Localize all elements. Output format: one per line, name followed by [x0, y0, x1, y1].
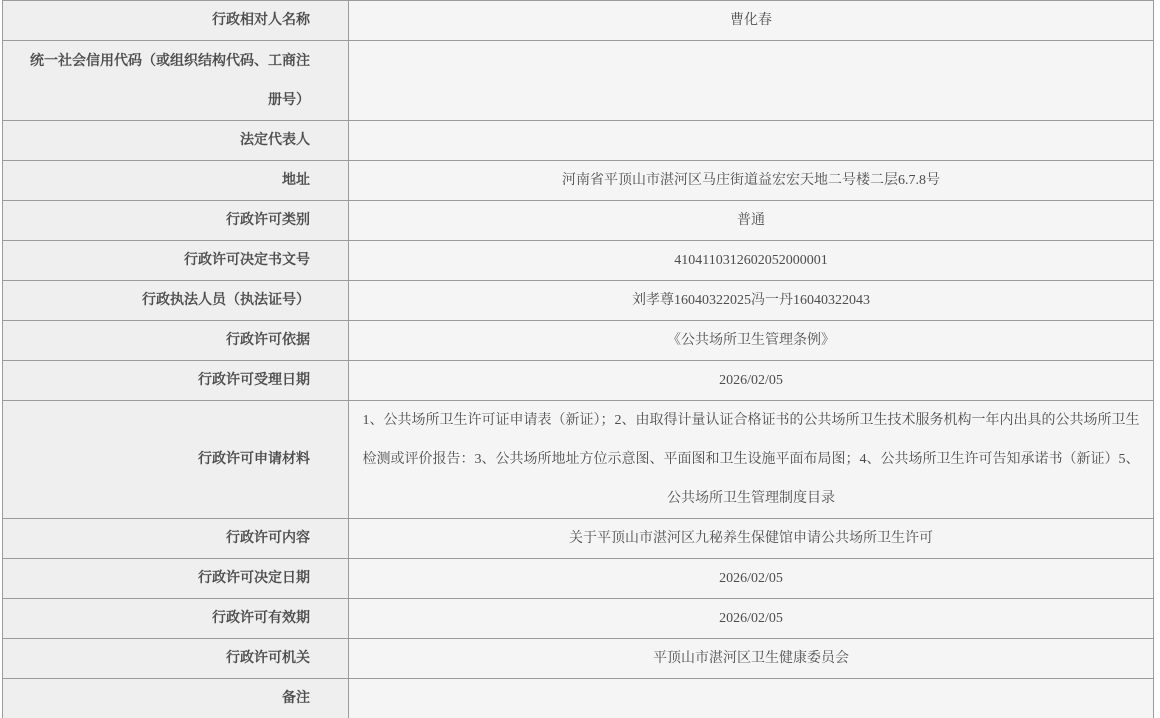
field-value: 普通 [349, 201, 1154, 241]
field-value [349, 679, 1154, 718]
field-value: 关于平顶山市湛河区九秘养生保健馆申请公共场所卫生许可 [349, 519, 1154, 559]
table-row: 行政许可有效期 2026/02/05 [3, 599, 1154, 639]
field-value: 2026/02/05 [349, 361, 1154, 401]
table-row: 统一社会信用代码（或组织结构代码、工商注册号） [3, 41, 1154, 121]
license-detail-page: 行政相对人名称 曹化春 统一社会信用代码（或组织结构代码、工商注册号） 法定代表… [0, 0, 1160, 718]
field-value: 刘孝尊16040322025冯一丹16040322043 [349, 281, 1154, 321]
table-row: 行政许可决定书文号 4104110312602052000001 [3, 241, 1154, 281]
field-label: 法定代表人 [3, 121, 349, 161]
field-label: 行政执法人员（执法证号） [3, 281, 349, 321]
field-value [349, 41, 1154, 121]
table-row: 行政执法人员（执法证号） 刘孝尊16040322025冯一丹1604032204… [3, 281, 1154, 321]
field-label: 地址 [3, 161, 349, 201]
table-row: 行政相对人名称 曹化春 [3, 1, 1154, 41]
table-row: 行政许可申请材料 1、公共场所卫生许可证申请表（新证）；2、由取得计量认证合格证… [3, 401, 1154, 519]
table-row: 行政许可决定日期 2026/02/05 [3, 559, 1154, 599]
table-row: 行政许可依据 《公共场所卫生管理条例》 [3, 321, 1154, 361]
field-value: 1、公共场所卫生许可证申请表（新证）；2、由取得计量认证合格证书的公共场所卫生技… [349, 401, 1154, 519]
license-table: 行政相对人名称 曹化春 统一社会信用代码（或组织结构代码、工商注册号） 法定代表… [2, 0, 1154, 718]
field-value: 平顶山市湛河区卫生健康委员会 [349, 639, 1154, 679]
table-row: 行政许可机关 平顶山市湛河区卫生健康委员会 [3, 639, 1154, 679]
field-value: 2026/02/05 [349, 599, 1154, 639]
field-value: 河南省平顶山市湛河区马庄街道益宏宏天地二号楼二层6.7.8号 [349, 161, 1154, 201]
field-label: 统一社会信用代码（或组织结构代码、工商注册号） [3, 41, 349, 121]
field-label: 行政许可依据 [3, 321, 349, 361]
field-label: 行政许可类别 [3, 201, 349, 241]
field-value [349, 121, 1154, 161]
table-row: 地址 河南省平顶山市湛河区马庄街道益宏宏天地二号楼二层6.7.8号 [3, 161, 1154, 201]
field-label: 行政许可内容 [3, 519, 349, 559]
field-label: 行政许可机关 [3, 639, 349, 679]
table-row: 行政许可内容 关于平顶山市湛河区九秘养生保健馆申请公共场所卫生许可 [3, 519, 1154, 559]
table-row: 法定代表人 [3, 121, 1154, 161]
field-value: 《公共场所卫生管理条例》 [349, 321, 1154, 361]
field-value: 曹化春 [349, 1, 1154, 41]
field-label: 行政许可受理日期 [3, 361, 349, 401]
field-label: 行政许可有效期 [3, 599, 349, 639]
table-row: 行政许可类别 普通 [3, 201, 1154, 241]
field-label: 行政许可决定书文号 [3, 241, 349, 281]
field-label: 行政许可决定日期 [3, 559, 349, 599]
table-row: 备注 [3, 679, 1154, 718]
table-row: 行政许可受理日期 2026/02/05 [3, 361, 1154, 401]
field-label: 备注 [3, 679, 349, 718]
field-value: 4104110312602052000001 [349, 241, 1154, 281]
field-label: 行政许可申请材料 [3, 401, 349, 519]
field-label: 行政相对人名称 [3, 1, 349, 41]
field-value: 2026/02/05 [349, 559, 1154, 599]
license-table-body: 行政相对人名称 曹化春 统一社会信用代码（或组织结构代码、工商注册号） 法定代表… [3, 1, 1154, 718]
